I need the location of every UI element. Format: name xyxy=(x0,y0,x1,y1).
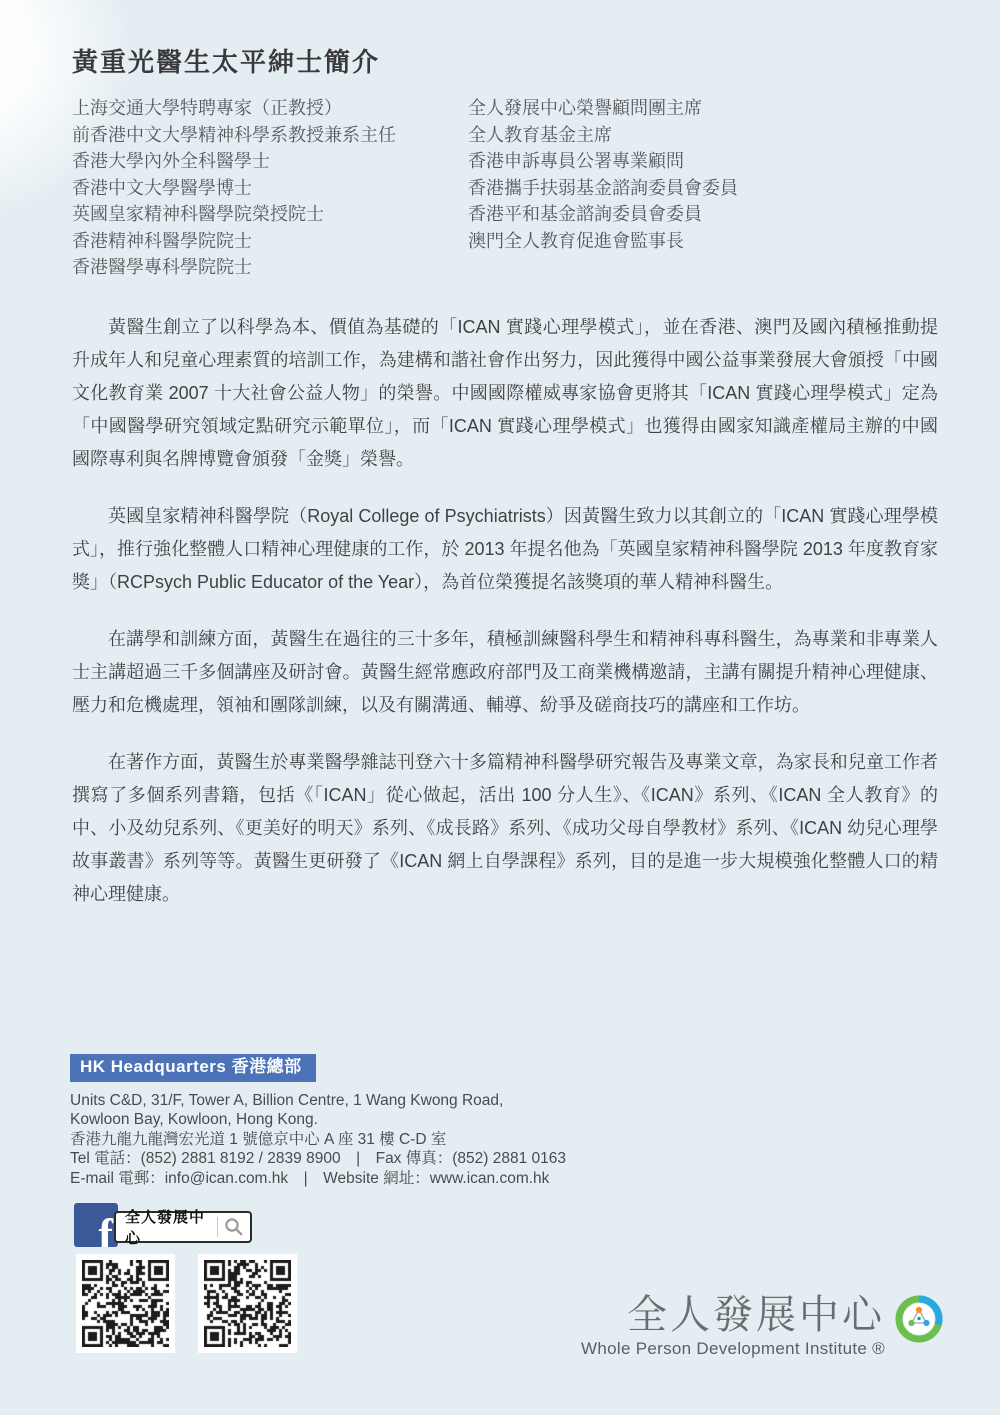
headquarters-banner: HK Headquarters 香港總部 xyxy=(70,1054,316,1082)
footer-org-logo: 全人發展中心 Whole Person Development Institut… xyxy=(581,1294,944,1359)
credential-item: 香港中文大學醫學博士 xyxy=(72,175,468,202)
org-name-zh: 全人發展中心 xyxy=(581,1294,885,1336)
facebook-search-box: 全人發展中心 xyxy=(114,1211,252,1243)
paragraph-rcpsych-award: 英國皇家精神科醫學院（Royal College of Psychiatrist… xyxy=(72,500,938,599)
page-title: 黃重光醫生太平紳士簡介 xyxy=(72,42,938,79)
credential-item: 上海交通大學特聘專家（正教授） xyxy=(72,95,468,122)
facebook-search-graphic: f 全人發展中心 xyxy=(74,1203,334,1249)
qr-code-left xyxy=(76,1254,175,1353)
paragraph-ican-model: 黃醫生創立了以科學為本、價值為基礎的「ICAN 實踐心理學模式」，並在香港、澳門… xyxy=(72,311,938,476)
credentials-left-column: 上海交通大學特聘專家（正教授） 前香港中文大學精神科學系教授兼系主任 香港大學內… xyxy=(72,95,468,281)
tel-fax-line: Tel 電話：(852) 2881 8192 / 2839 8900 | Fax… xyxy=(70,1149,566,1169)
facebook-f-icon: f xyxy=(74,1203,118,1247)
credential-item: 香港攜手扶弱基金諮詢委員會委員 xyxy=(468,175,938,202)
credential-item: 前香港中文大學精神科學系教授兼系主任 xyxy=(72,122,468,149)
qr-code-right xyxy=(198,1254,297,1353)
credential-item: 香港大學內外全科醫學士 xyxy=(72,148,468,175)
credential-item: 香港醫學專科學院院士 xyxy=(72,254,468,281)
qr-code-row xyxy=(76,1254,297,1353)
paragraph-publications: 在著作方面，黃醫生於專業醫學雜誌刊登六十多篇精神科醫學研究報告及專業文章，為家長… xyxy=(72,746,938,911)
address-line-en-1: Units C&D, 31/F, Tower A, Billion Centre… xyxy=(70,1091,566,1111)
address-line-en-2: Kowloon Bay, Kowloon, Hong Kong. xyxy=(70,1110,566,1130)
facebook-page-name: 全人發展中心 xyxy=(116,1206,217,1248)
credentials-section: 上海交通大學特聘專家（正教授） 前香港中文大學精神科學系教授兼系主任 香港大學內… xyxy=(72,95,938,281)
credential-item: 澳門全人教育促進會監事長 xyxy=(468,228,938,255)
search-icon xyxy=(218,1217,250,1237)
credential-item: 全人教育基金主席 xyxy=(468,122,938,149)
paragraph-lectures-training: 在講學和訓練方面，黃醫生在過往的三十多年，積極訓練醫科學生和精神科專科醫生，為專… xyxy=(72,623,938,722)
email-website-line: E-mail 電郵：info@ican.com.hk | Website 網址：… xyxy=(70,1169,566,1189)
document-body: 黃重光醫生太平紳士簡介 上海交通大學特聘專家（正教授） 前香港中文大學精神科學系… xyxy=(72,42,938,935)
credentials-right-column: 全人發展中心榮譽顧問團主席 全人教育基金主席 香港申訴專員公署專業顧問 香港攜手… xyxy=(468,95,938,281)
biography-paragraphs: 黃醫生創立了以科學為本、價值為基礎的「ICAN 實踐心理學模式」，並在香港、澳門… xyxy=(72,311,938,911)
headquarters-section: HK Headquarters 香港總部 Units C&D, 31/F, To… xyxy=(70,1054,566,1188)
credential-item: 全人發展中心榮譽顧問團主席 xyxy=(468,95,938,122)
credential-item: 英國皇家精神科醫學院榮授院士 xyxy=(72,201,468,228)
address-line-zh: 香港九龍九龍灣宏光道 1 號億京中心 A 座 31 樓 C-D 室 xyxy=(70,1130,566,1150)
wpdi-circle-logo xyxy=(894,1294,944,1349)
credential-item: 香港平和基金諮詢委員會委員 xyxy=(468,201,938,228)
document-page: 黃重光醫生太平紳士簡介 上海交通大學特聘專家（正教授） 前香港中文大學精神科學系… xyxy=(0,0,1000,1415)
credential-item: 香港申訴專員公署專業顧問 xyxy=(468,148,938,175)
org-name-en: Whole Person Development Institute ® xyxy=(581,1339,885,1359)
credential-item: 香港精神科醫學院院士 xyxy=(72,228,468,255)
